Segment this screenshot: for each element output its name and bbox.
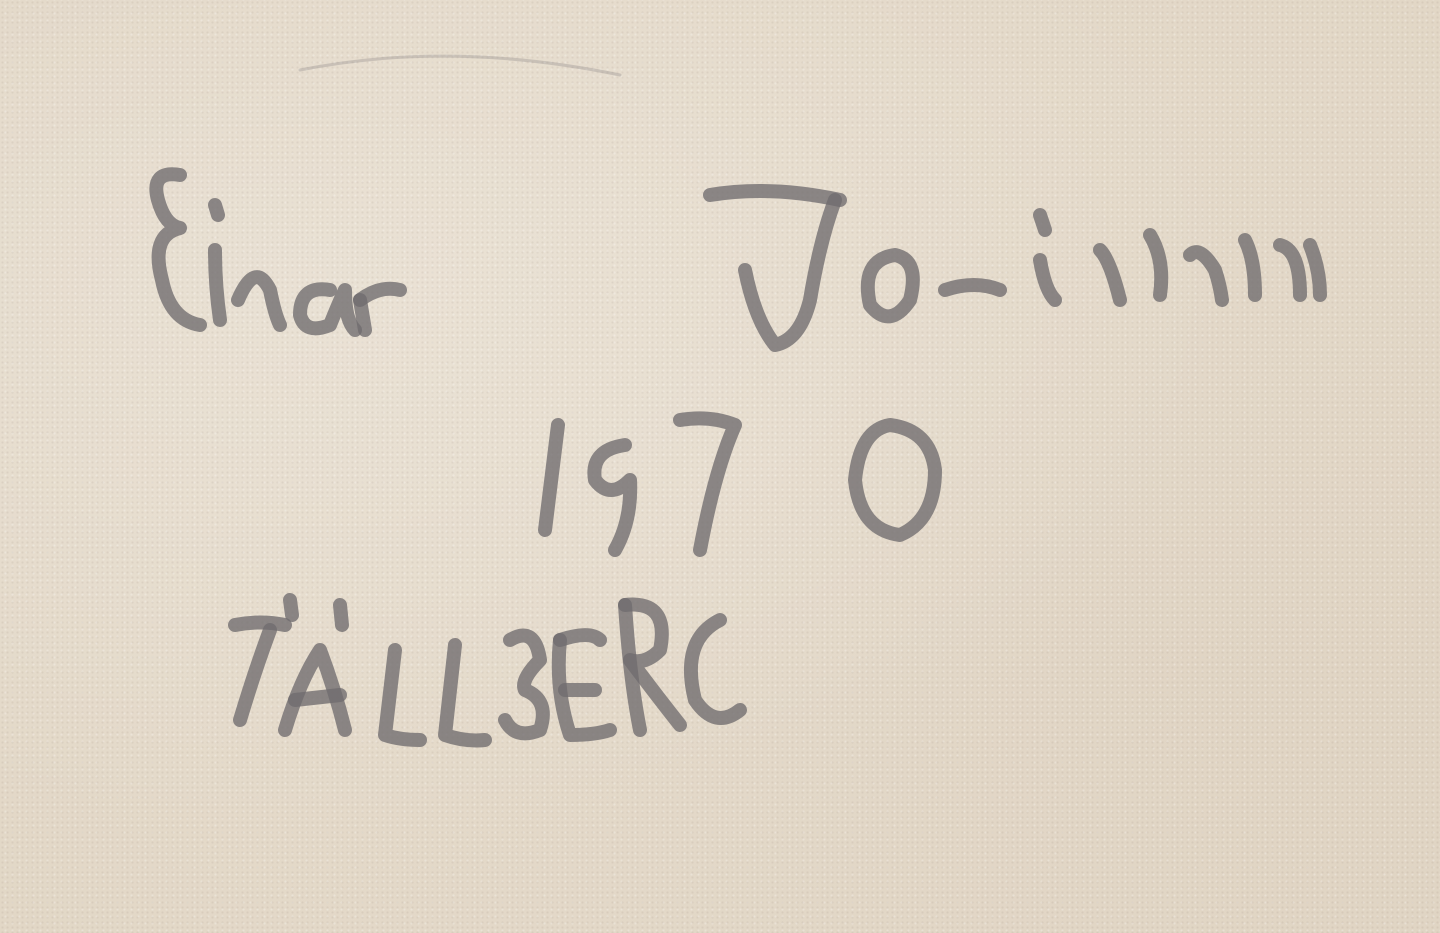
place-tallberg	[235, 600, 740, 740]
paper-background: Einar Jolin 1970 TÄLLBERG	[0, 0, 1440, 933]
year-1970	[545, 418, 935, 550]
handwriting-drawing	[0, 0, 1440, 933]
signature-einar-jolin	[156, 174, 1320, 345]
